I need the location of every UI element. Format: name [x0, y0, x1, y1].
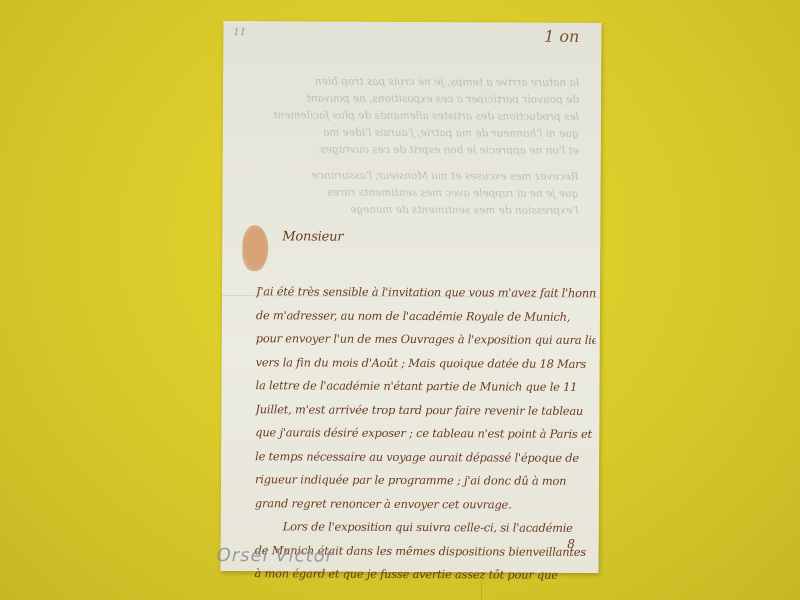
folio-number-left: 11	[233, 27, 246, 38]
body-line: grand regret renoncer à envoyer cet ouvr…	[255, 492, 595, 517]
body-line: la lettre de l'académie n'étant partie d…	[255, 374, 595, 399]
body-line: pour envoyer l'un de mes Ouvrages à l'ex…	[256, 327, 596, 352]
wax-seal-stain	[242, 225, 268, 271]
letter-page: 11 1 on la nature arrive a temps, je ne …	[221, 21, 602, 573]
page-continuation-mark: 8	[567, 537, 575, 551]
body-line: le temps nécessaire au voyage aurait dép…	[255, 445, 595, 470]
bleed-line: Recevez mes excuses et ma Monsieur, l'as…	[259, 167, 579, 186]
body-line: de m'adresser, au nom de l'académie Roya…	[256, 304, 596, 329]
body-line: Lors de l'exposition qui suivra celle-ci…	[255, 515, 595, 540]
bleed-through-text: la nature arrive a temps, je ne crois pa…	[259, 73, 579, 160]
body-line: J'ai été très sensible à l'invitation qu…	[256, 280, 596, 305]
pencil-annotation: Orsel Victor	[217, 545, 335, 567]
bleed-line: que ni l'honneur de ma patrie, j'aurais …	[259, 124, 579, 143]
background-crease	[481, 572, 482, 600]
bleed-through-text-2: Recevez mes excuses et ma Monsieur, l'as…	[258, 167, 578, 220]
salutation: Monsieur	[282, 229, 343, 244]
bleed-line: de pouvoir participer a ces expositions,…	[259, 90, 579, 109]
letter-body: J'ai été très sensible à l'invitation qu…	[254, 280, 596, 587]
bleed-line: que je ne ai rappele avec mes sentiments…	[258, 184, 578, 203]
bleed-line: la nature arrive a temps, je ne crois pa…	[259, 73, 579, 92]
body-line: Juillet, m'est arrivée trop tard pour fa…	[255, 398, 595, 423]
body-line: rigueur indiquée par le programme ; j'ai…	[255, 468, 595, 493]
bleed-line: les productions des artistes allemands d…	[259, 107, 579, 126]
bleed-line: l'expression de mes sentiments de manege	[258, 201, 578, 220]
body-line: vers la fin du mois d'Août ; Mais quoiqu…	[256, 351, 596, 376]
folio-number-right: 1 on	[544, 27, 579, 46]
bleed-line: et l'on ne apprecie le bon esprit de ces…	[259, 141, 579, 160]
body-line: que j'aurais désiré exposer ; ce tableau…	[255, 421, 595, 446]
